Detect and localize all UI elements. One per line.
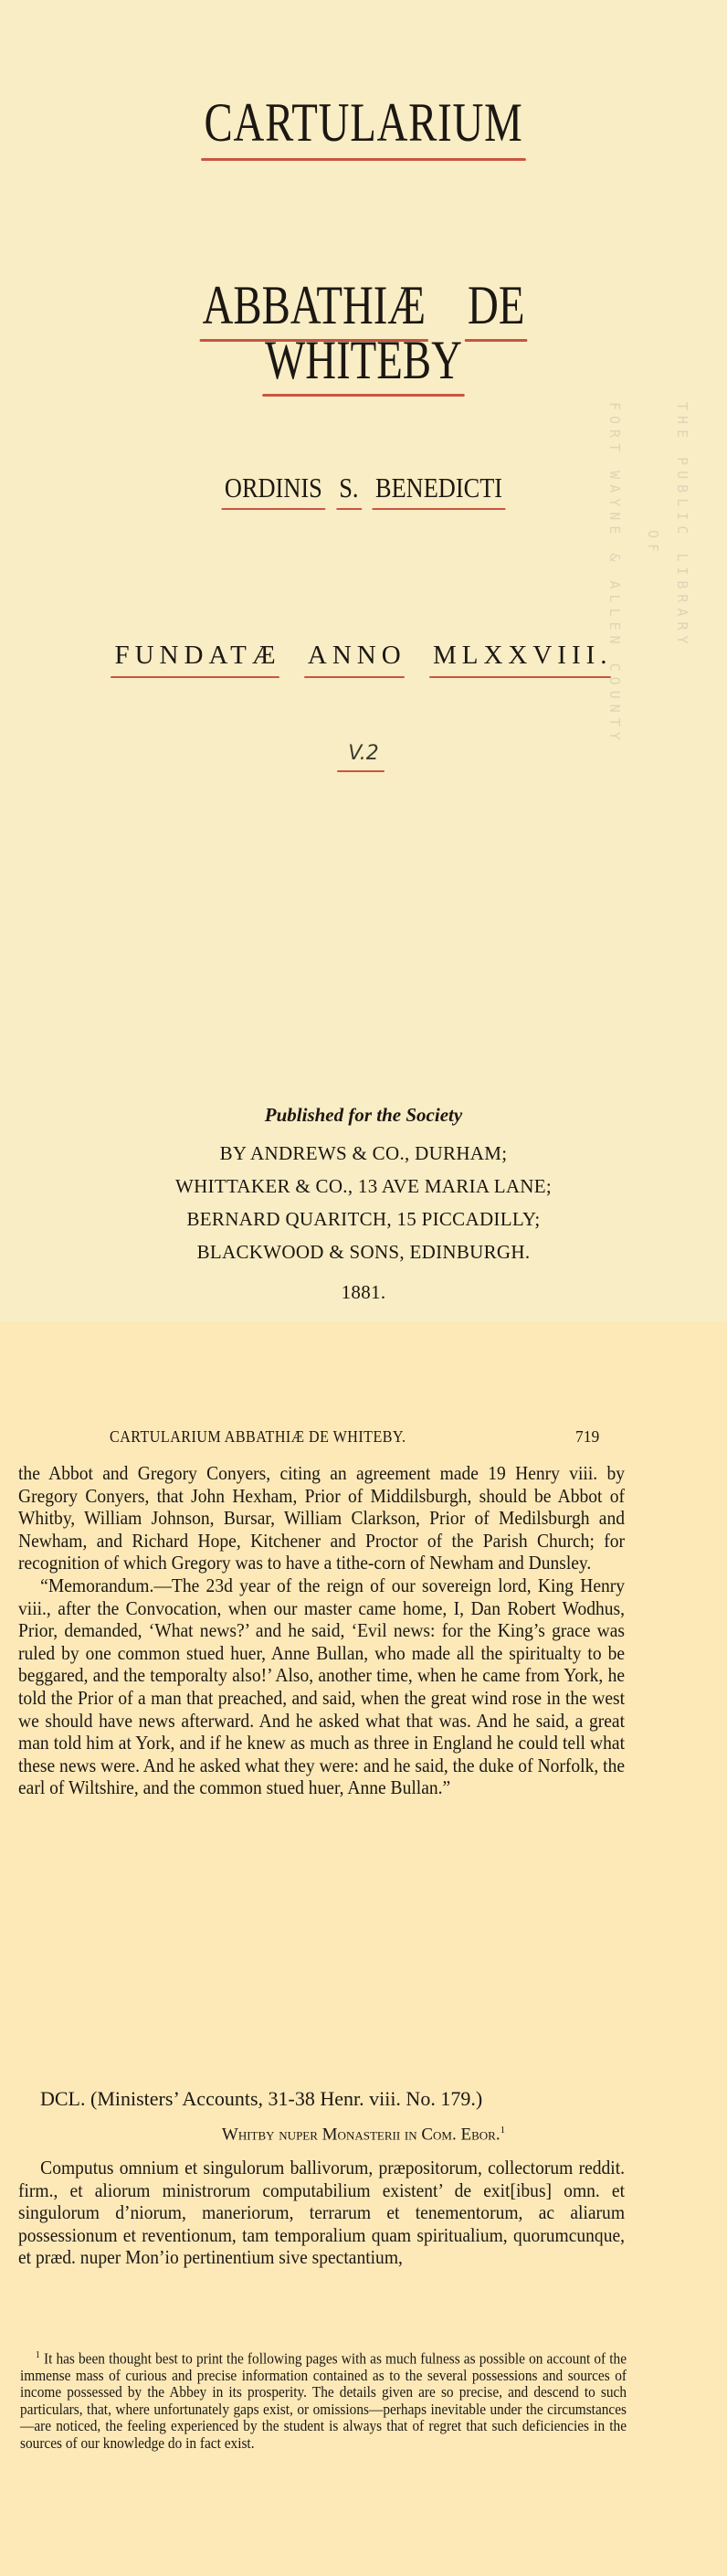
running-head-title: CARTULARIUM ABBATHIÆ DE WHITEBY. — [110, 1427, 406, 1447]
footnote: 1 It has been thought best to print the … — [20, 2347, 627, 2452]
paragraph-text: Computus omnium et singulorum ballivorum… — [18, 2157, 625, 2269]
title-word: FUNDATÆ — [114, 641, 280, 670]
footnote-ref[interactable]: 1 — [500, 2125, 506, 2136]
body-paragraph-1: the Abbot and Gregory Conyers, citing an… — [18, 1462, 625, 1799]
title-page: CARTULARIUM ABBATHIÆ DE WHITEBY ORDINIS … — [0, 0, 727, 1321]
body-paragraph-3: Computus omnium et singulorum ballivorum… — [18, 2157, 625, 2269]
title-word: ORDINIS — [225, 472, 322, 504]
publisher-line: BERNARD QUARITCH, 15 PICCADILLY; — [0, 1208, 727, 1231]
title-word: DE — [468, 275, 524, 335]
red-underline — [304, 676, 405, 678]
library-stamp-line1: THE PUBLIC LIBRARY — [674, 402, 690, 650]
title-word: CARTULARIUM — [205, 92, 523, 153]
publication-year: 1881. — [0, 1281, 727, 1304]
publisher-line: BY ANDREWS & CO., DURHAM; — [0, 1142, 727, 1165]
section-subheading: Whitby nuper Monasterii in Com. Ebor.1 — [0, 2125, 727, 2145]
publisher-line: BLACKWOOD & SONS, EDINBURGH. — [0, 1241, 727, 1264]
publisher-line: WHITTAKER & CO., 13 AVE MARIA LANE; — [0, 1175, 727, 1198]
library-stamp-line2: OF — [645, 530, 661, 557]
library-stamp-line3: FORT WAYNE & ALLEN COUNTY — [606, 402, 623, 746]
red-underline — [262, 394, 465, 397]
red-underline — [465, 339, 528, 342]
red-underline — [373, 508, 506, 510]
volume-label: V.2 — [348, 742, 379, 765]
footnote-marker: 1 — [36, 2349, 40, 2360]
published-for-society: Published for the Society — [0, 1104, 727, 1127]
title-word: ANNO — [308, 641, 406, 670]
red-underline — [201, 158, 525, 161]
title-word: S. — [339, 472, 358, 504]
section-heading: DCL. (Ministers’ Accounts, 31-38 Henr. v… — [40, 2087, 482, 2111]
title-word: WHITEBY — [265, 330, 462, 390]
paragraph-text: “Memorandum.—The 23d year of the reign o… — [18, 1574, 625, 1799]
red-underline — [429, 676, 611, 678]
red-underline — [337, 770, 385, 772]
subheading-text: Whitby nuper Monasterii in Com. Ebor. — [222, 2125, 500, 2144]
red-underline — [111, 676, 279, 678]
title-word: BENEDICTI — [375, 472, 502, 504]
paragraph-text: the Abbot and Gregory Conyers, citing an… — [18, 1462, 625, 1574]
red-underline — [336, 508, 362, 510]
red-underline — [222, 508, 326, 510]
title-ordinis-s-benedicti: ORDINIS S. BENEDICTI — [55, 473, 673, 503]
page-number: 719 — [575, 1427, 599, 1447]
title-cartularium: CARTULARIUM — [80, 95, 648, 150]
title-abbathiae-de-whiteby: ABBATHIÆ DE WHITEBY — [80, 278, 648, 387]
title-word: ABBATHIÆ — [203, 275, 426, 335]
title-word: MLXXVIII. — [433, 641, 613, 670]
footnote-text: It has been thought best to print the fo… — [20, 2350, 627, 2452]
